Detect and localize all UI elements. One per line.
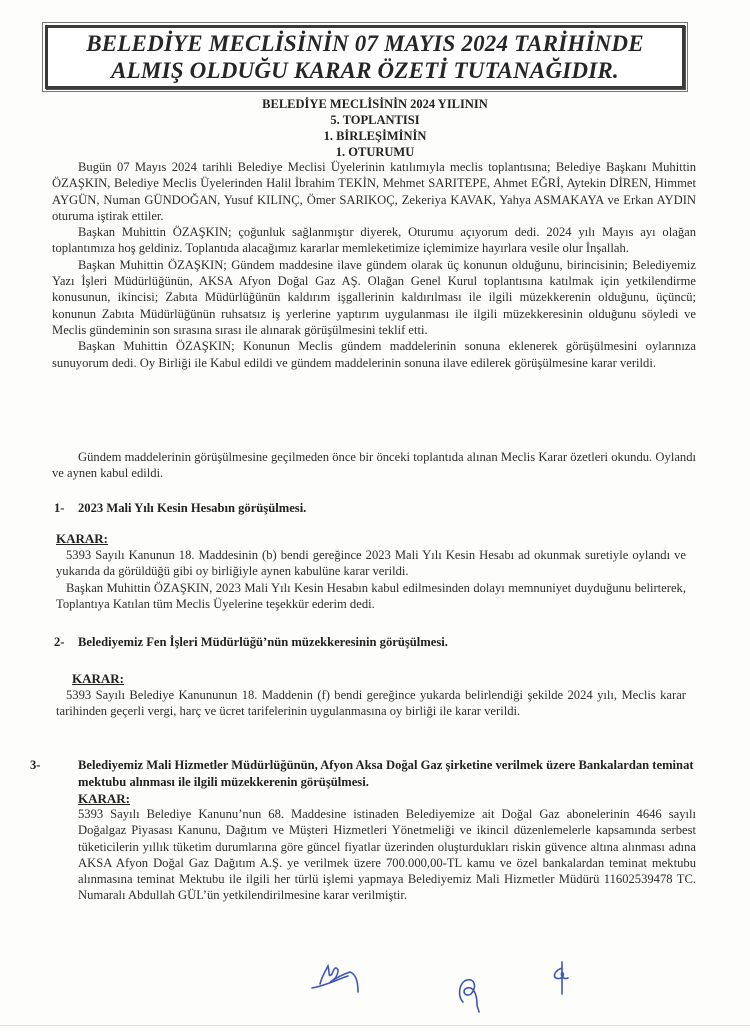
agenda-item-2-decision-paragraph-1: 5393 Sayılı Belediye Kanununun 18. Madde… [56,687,686,720]
banner-title-line-1: BELEDİYE MECLİSİNİN 07 MAYIS 2024 TARİHİ… [48,31,682,57]
agenda-item-1-decision: 5393 Sayılı Kanunun 18. Maddesinin (b) b… [56,547,686,612]
intro-opening-paragraph: Başkan Muhittin ÖZAŞKIN; çoğunluk sağlan… [52,224,696,257]
agenda-item-2-title-text: Belediyemiz Fen İşleri Müdürlüğü’nün müz… [78,635,448,649]
banner-title-line-2: ALMIŞ OLDUĞU KARAR ÖZETİ TUTANAĞIDIR. [48,58,682,84]
intro-vote-paragraph: Başkan Muhittin ÖZAŞKIN; Konunun Meclis … [52,338,696,371]
agenda-item-2-decision: 5393 Sayılı Belediye Kanununun 18. Madde… [56,687,686,720]
agenda-item-1-number: 1- [54,500,78,517]
agenda-item-2-number: 2- [54,634,78,651]
previous-minutes-paragraph: Gündem maddelerinin görüşülmesine geçilm… [52,449,696,482]
agenda-item-1-decision-label: KARAR: [56,531,108,547]
agenda-item-1-decision-paragraph-1: 5393 Sayılı Kanunun 18. Maddesinin (b) b… [56,547,686,580]
agenda-item-3-title: 3-Belediyemiz Mali Hizmetler Müdürlüğünü… [54,757,694,790]
agenda-item-3-number: 3- [54,757,78,774]
session-heading-line-2: 5. TOPLANTISI [0,112,750,128]
session-heading-line-1: BELEDİYE MECLİSİNİN 2024 YILININ [0,96,750,112]
intro-additional-agenda-paragraph: Başkan Muhittin ÖZAŞKIN; Gündem maddesin… [52,257,696,338]
agenda-item-2-decision-label: KARAR: [72,671,124,687]
agenda-item-1-decision-paragraph-2: Başkan Muhittin ÖZAŞKIN, 2023 Mali Yılı … [56,580,686,613]
agenda-item-1-title: 1-2023 Mali Yılı Kesin Hesabın görüşülme… [54,500,694,517]
agenda-item-3-decision-label: KARAR: [78,791,130,807]
intro-section: Bugün 07 Mayıs 2024 tarihli Belediye Mec… [52,159,696,371]
title-banner: BELEDİYE MECLİSİNİN 07 MAYIS 2024 TARİHİ… [45,25,685,89]
agenda-item-3-title-text: Belediyemiz Mali Hizmetler Müdürlüğünün,… [78,758,694,789]
agenda-item-3-decision-paragraph-1: 5393 Sayılı Belediye Kanunu’nun 68. Madd… [78,806,696,904]
signature-1 [308,956,368,996]
agenda-item-2-title: 2-Belediyemiz Fen İşleri Müdürlüğü’nün m… [54,634,694,651]
previous-minutes-section: Gündem maddelerinin görüşülmesine geçilm… [52,449,696,482]
session-heading-line-4: 1. OTURUMU [0,144,750,160]
signature-3 [548,958,572,998]
intro-attendance-paragraph: Bugün 07 Mayıs 2024 tarihli Belediye Mec… [52,159,696,224]
signature-2 [455,970,485,1015]
session-heading: BELEDİYE MECLİSİNİN 2024 YILININ 5. TOPL… [0,96,750,160]
session-heading-line-3: 1. BİRLEŞİMİNİN [0,128,750,144]
agenda-item-1-title-text: 2023 Mali Yılı Kesin Hesabın görüşülmesi… [78,501,306,515]
agenda-item-3-decision: 5393 Sayılı Belediye Kanunu’nun 68. Madd… [78,806,696,904]
signatures-area [0,950,750,1020]
page-bottom-edge [0,1025,750,1026]
